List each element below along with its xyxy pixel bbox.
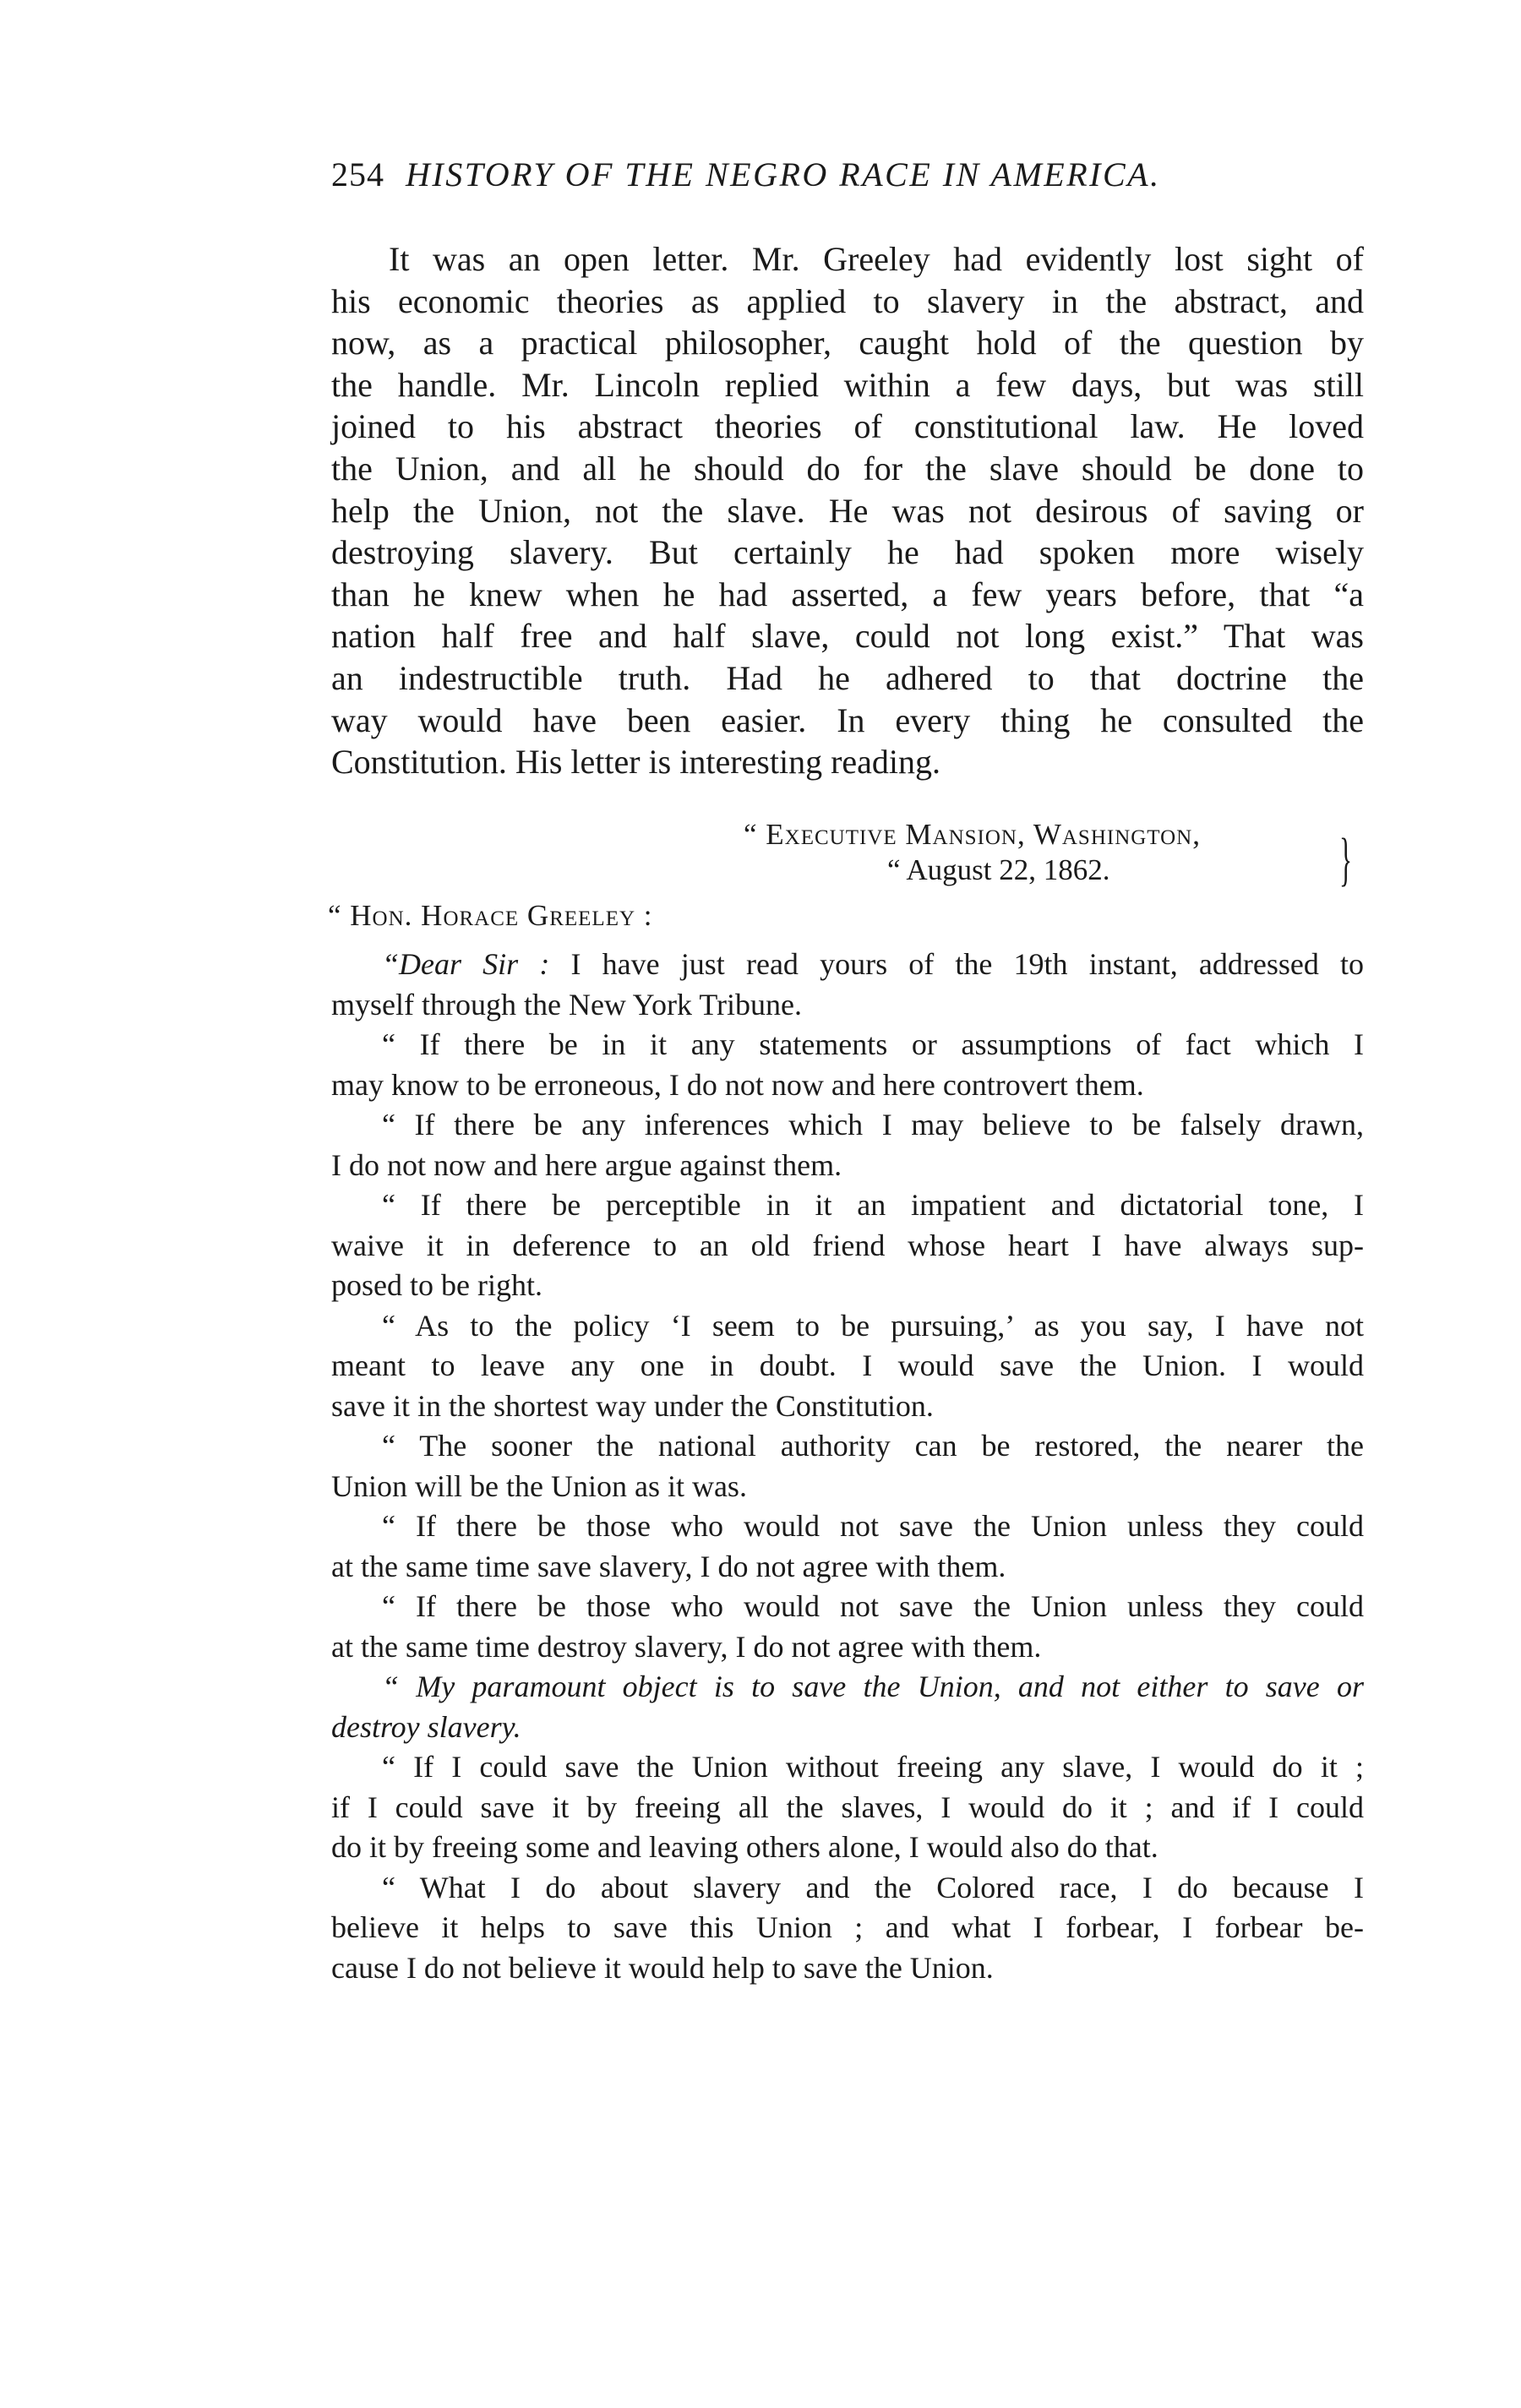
- text-line: “ What I do about slavery and the Colore…: [331, 1868, 1364, 1909]
- text-line: “ The sooner the national authority can …: [331, 1426, 1364, 1467]
- text-line: if I could save it by freeing all the sl…: [331, 1788, 1364, 1828]
- salutation-addressee: “ Hon. Horace Greeley :: [328, 897, 653, 934]
- text-line: may know to be erroneous, I do not now a…: [331, 1065, 1364, 1106]
- text-line-italic: “ My paramount object is to save the Uni…: [331, 1667, 1364, 1708]
- text-line: “ If there be those who would not save t…: [331, 1506, 1364, 1547]
- running-head: 254 HISTORY OF THE NEGRO RACE IN AMERICA…: [331, 154, 1371, 196]
- text-line: destroying slavery. But certainly he had…: [331, 531, 1364, 574]
- narrative-paragraph: It was an open letter. Mr. Greeley had e…: [331, 238, 1364, 783]
- text-line: an indestructible truth. Had he adhered …: [331, 657, 1364, 700]
- text-line: do it by freeing some and leaving others…: [331, 1828, 1364, 1868]
- text-line: “ If I could save the Union without free…: [331, 1747, 1364, 1788]
- text-line: help the Union, not the slave. He was no…: [331, 490, 1364, 532]
- text-line: waive it in deference to an old friend w…: [331, 1226, 1364, 1267]
- text-line: the Union, and all he should do for the …: [331, 448, 1364, 490]
- text-line: “ If there be those who would not save t…: [331, 1587, 1364, 1627]
- text-line: myself through the New York Tribune.: [331, 985, 1364, 1026]
- text-line: Constitution. His letter is interesting …: [331, 741, 1364, 783]
- text-line: at the same time destroy slavery, I do n…: [331, 1627, 1364, 1668]
- text-line: meant to leave any one in doubt. I would…: [331, 1346, 1364, 1387]
- text-line: his economic theories as applied to slav…: [331, 281, 1364, 323]
- text-line: “ If there be in it any statements or as…: [331, 1025, 1364, 1065]
- text-line: cause I do not believe it would help to …: [331, 1948, 1364, 1989]
- book-page: 254 HISTORY OF THE NEGRO RACE IN AMERICA…: [0, 0, 1521, 2408]
- text-line: “ If there be any inferences which I may…: [331, 1105, 1364, 1146]
- text-line: way would have been easier. In every thi…: [331, 700, 1364, 742]
- text-line: joined to his abstract theories of const…: [331, 406, 1364, 448]
- text-line: “ As to the policy ‘I seem to be pursuin…: [331, 1306, 1364, 1347]
- text-line: Union will be the Union as it was.: [331, 1467, 1364, 1507]
- page-number: 254: [331, 155, 384, 193]
- brace-icon: }: [1339, 826, 1352, 894]
- text-line: now, as a practical philosopher, caught …: [331, 322, 1364, 364]
- text-line: the handle. Mr. Lincoln replied within a…: [331, 364, 1364, 406]
- text-line: “ If there be perceptible in it an impat…: [331, 1185, 1364, 1226]
- text-line: nation half free and half slave, could n…: [331, 615, 1364, 657]
- text-line: than he knew when he had asserted, a few…: [331, 574, 1364, 616]
- text-line: save it in the shortest way under the Co…: [331, 1387, 1364, 1427]
- text-line: It was an open letter. Mr. Greeley had e…: [331, 238, 1364, 281]
- dateline-place: “ Executive Mansion, Washington,: [744, 816, 1201, 853]
- text-line: I do not now and here argue against them…: [331, 1146, 1364, 1186]
- text-line: posed to be right.: [331, 1266, 1364, 1306]
- text-span: I have just read yours of the 19th insta…: [549, 947, 1364, 981]
- letter-body: “Dear Sir : I have just read yours of th…: [331, 945, 1364, 1988]
- dear-sir: “Dear Sir :: [382, 947, 549, 981]
- text-line: at the same time save slavery, I do not …: [331, 1547, 1364, 1588]
- text-line-italic: destroy slavery.: [331, 1708, 1364, 1748]
- dateline-date: “ August 22, 1862.: [887, 852, 1109, 888]
- text-line: “Dear Sir : I have just read yours of th…: [331, 945, 1364, 985]
- text-line: believe it helps to save this Union ; an…: [331, 1908, 1364, 1948]
- running-title: HISTORY OF THE NEGRO RACE IN AMERICA.: [406, 155, 1161, 193]
